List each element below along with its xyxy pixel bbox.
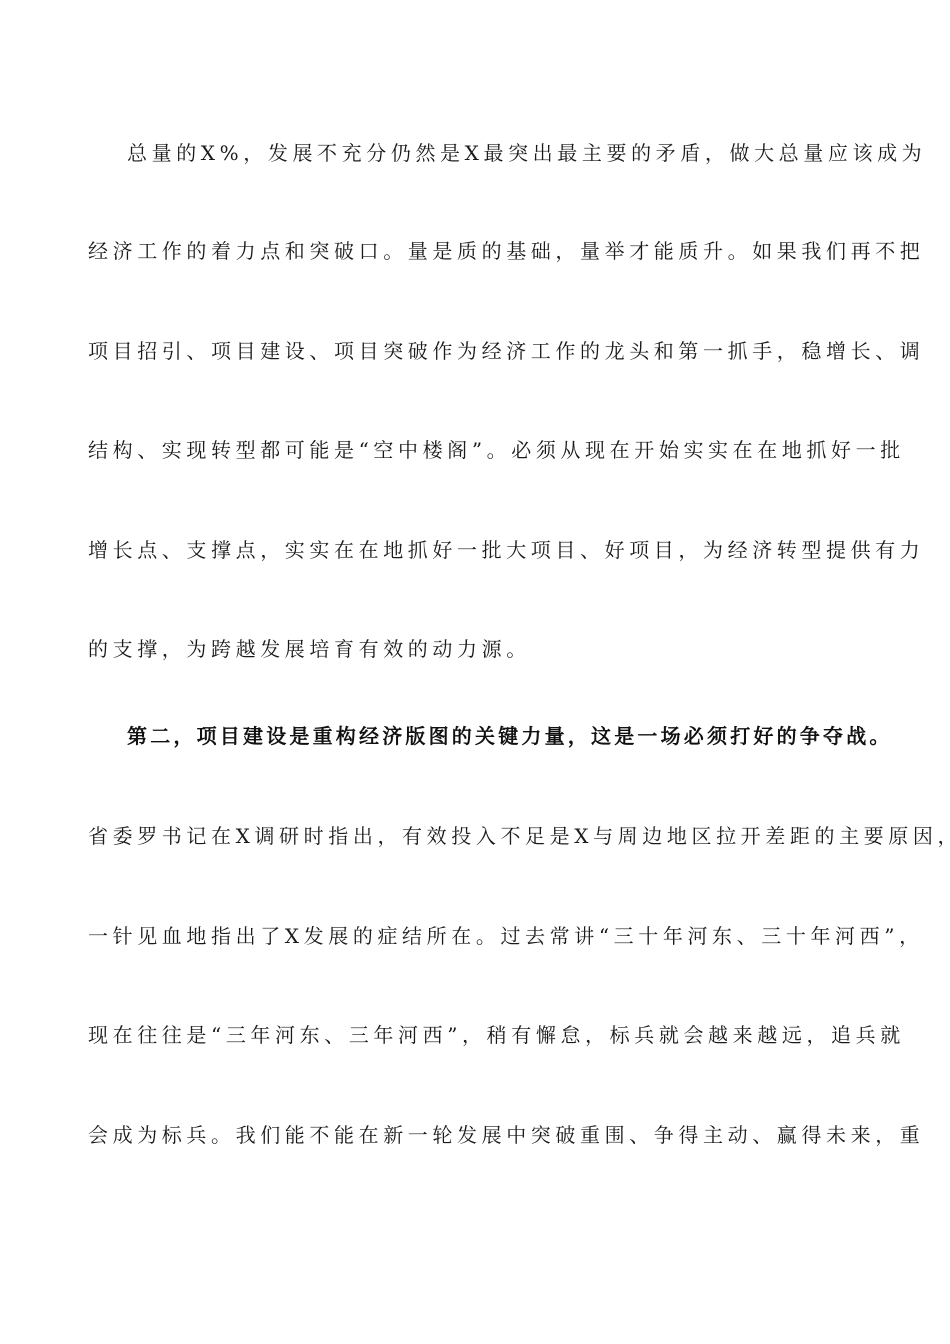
paragraph-line-4: 结构、实现转型都可能是“空中楼阁”。必须从现在开始实实在在地抓好一批	[88, 437, 878, 463]
paragraph-line-9: 现在往往是“三年河东、三年河西”，稍有懈怠，标兵就会越来越远，追兵就	[88, 1022, 878, 1048]
paragraph-line-3: 项目招引、项目建设、项目突破作为经济工作的龙头和第一抓手，稳增长、调	[88, 338, 878, 364]
paragraph-line-1: 总量的X%，发展不充分仍然是X最突出最主要的矛盾，做大总量应该成为	[127, 140, 917, 166]
paragraph-line-2: 经济工作的着力点和突破口。量是质的基础，量举才能质升。如果我们再不把	[88, 238, 878, 264]
document-page: 总量的X%，发展不充分仍然是X最突出最主要的矛盾，做大总量应该成为 经济工作的着…	[0, 0, 950, 1344]
paragraph-line-5: 增长点、支撑点，实实在在地抓好一批大项目、好项目，为经济转型提供有力	[88, 537, 878, 563]
paragraph-line-6: 的支撑，为跨越发展培育有效的动力源。	[88, 636, 878, 662]
paragraph-line-10: 会成为标兵。我们能不能在新一轮发展中突破重围、争得主动、赢得未来，重	[88, 1122, 878, 1148]
paragraph-line-7: 省委罗书记在X调研时指出，有效投入不足是X与周边地区拉开差距的主要原因，	[88, 823, 878, 849]
section-heading: 第二，项目建设是重构经济版图的关键力量，这是一场必须打好的争夺战。	[127, 723, 917, 749]
paragraph-line-8: 一针见血地指出了X发展的症结所在。过去常讲“三十年河东、三十年河西”，	[88, 923, 878, 949]
